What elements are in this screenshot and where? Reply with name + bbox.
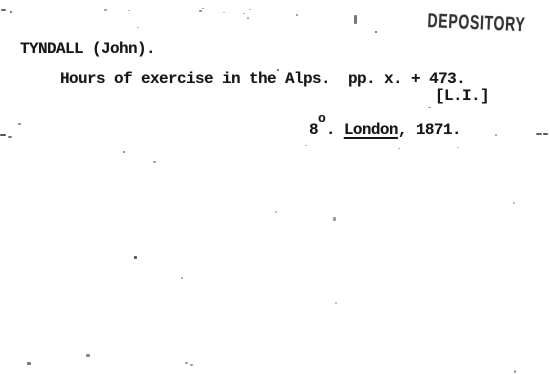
speck xyxy=(137,27,139,28)
speck xyxy=(185,362,188,364)
speck xyxy=(275,211,277,213)
speck xyxy=(128,10,130,11)
speck xyxy=(247,17,249,19)
speck xyxy=(8,136,12,138)
speck xyxy=(134,256,137,259)
speck xyxy=(243,13,245,14)
speck xyxy=(398,148,400,149)
speck xyxy=(305,145,307,146)
shelfmark: [L.I.] xyxy=(435,87,489,105)
speck xyxy=(104,9,107,11)
speck xyxy=(27,362,31,365)
speck xyxy=(249,9,251,10)
speck xyxy=(123,151,125,153)
imprint-date: , 1871. xyxy=(398,121,461,139)
imprint-separator: . xyxy=(326,121,344,139)
imprint-place: London xyxy=(344,121,398,139)
speck xyxy=(1,9,6,11)
speck xyxy=(495,134,497,136)
speck xyxy=(375,31,377,33)
speck xyxy=(513,202,515,204)
speck xyxy=(333,217,336,221)
speck xyxy=(457,147,459,148)
title-collation-line: Hours of exercise in the Alps. pp. x. + … xyxy=(60,70,465,88)
speck xyxy=(428,107,431,108)
speck xyxy=(277,69,279,71)
format-superscript: o xyxy=(318,111,326,126)
speck xyxy=(18,123,21,125)
format-number: 8 xyxy=(309,121,318,139)
speck xyxy=(0,134,6,136)
catalog-card-scan: DEPOSITORY TYNDALL (John). Hours of exer… xyxy=(0,0,550,374)
speck xyxy=(514,370,516,373)
speck xyxy=(86,354,90,357)
speck xyxy=(223,12,225,13)
speck xyxy=(190,364,193,366)
speck xyxy=(296,14,298,16)
speck xyxy=(181,277,183,279)
speck xyxy=(10,11,12,13)
depository-stamp: DEPOSITORY xyxy=(427,10,526,36)
speck xyxy=(354,15,357,24)
author-heading: TYNDALL (John). xyxy=(20,40,155,58)
speck xyxy=(543,133,548,135)
speck xyxy=(153,161,156,163)
imprint-line: 8o. London, 1871. xyxy=(309,121,461,140)
speck xyxy=(335,302,337,304)
speck xyxy=(199,10,202,12)
speck xyxy=(202,8,204,9)
speck xyxy=(536,133,542,135)
